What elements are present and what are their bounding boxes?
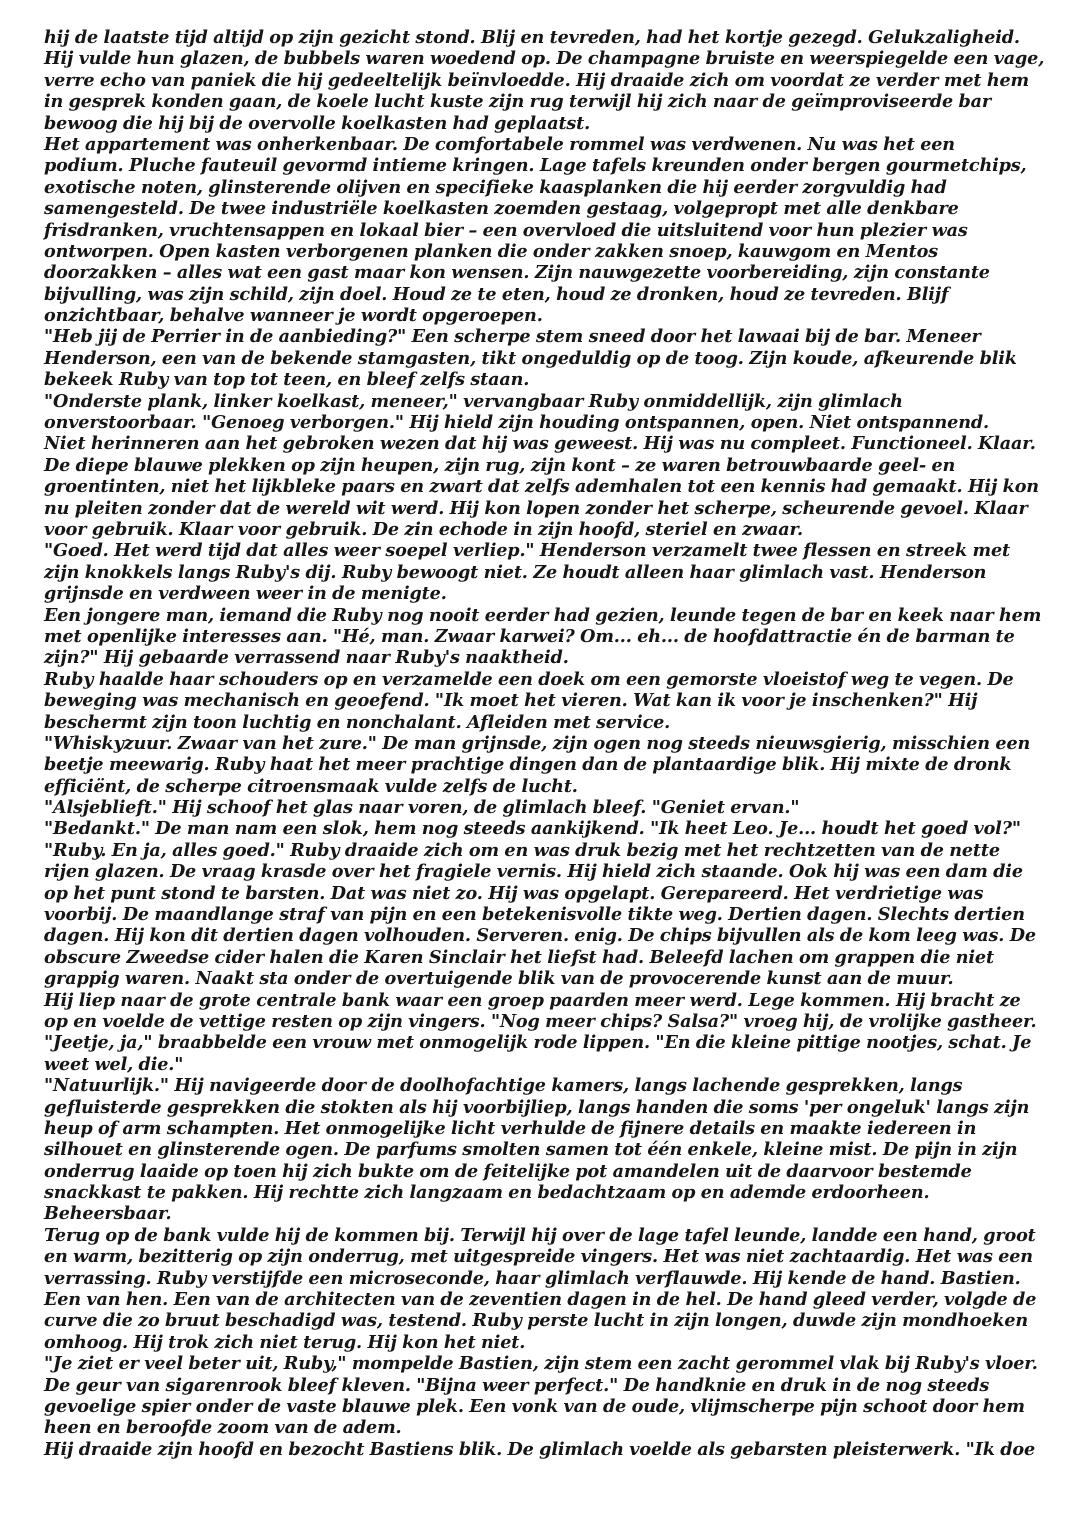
text-line: heen en beroofde zoom van de adem.	[44, 1417, 1044, 1438]
text-line: Ruby haalde haar schouders op en verzame…	[44, 669, 1044, 690]
text-line: exotische noten, glinsterende olijven en…	[44, 177, 1044, 198]
text-line: obscure Zweedse cider halen die Karen Si…	[44, 947, 1044, 968]
text-line: groentinten, niet het lijkbleke paars en…	[44, 476, 1044, 497]
text-line: heup of arm schampten. Het onmogelijke l…	[44, 1118, 1044, 1139]
text-line: beetje meewarig. Ruby haat het meer prac…	[44, 754, 1044, 775]
text-line: bijvulling, was zijn schild, zijn doel. …	[44, 284, 1044, 305]
text-line: snackkast te pakken. Hij rechtte zich la…	[44, 1182, 1044, 1203]
text-line: "Whiskyzuur. Zwaar van het zure." De man…	[44, 733, 1044, 754]
text-line: doorzakken – alles wat een gast maar kon…	[44, 262, 1044, 283]
text-line: op het punt stond te barsten. Dat was ni…	[44, 883, 1044, 904]
text-line: in gesprek konden gaan, de koele lucht k…	[44, 91, 1044, 112]
text-line: Hij vulde hun glazen, de bubbels waren w…	[44, 48, 1044, 69]
text-line: en warm, bezitterig op zijn onderrug, me…	[44, 1246, 1044, 1267]
text-line: nu pleiten zonder dat de wereld wit werd…	[44, 498, 1044, 519]
text-line: De geur van sigarenrook bleef kleven. "B…	[44, 1375, 1044, 1396]
text-line: Een jongere man, iemand die Ruby nog noo…	[44, 605, 1044, 626]
text-line: zijn?" Hij gebaarde verrassend naar Ruby…	[44, 647, 1044, 668]
document-body: hij de laatste tijd altijd op zijn gezic…	[44, 27, 1044, 1460]
text-line: "Heb jij de Perrier in de aanbieding?" E…	[44, 326, 1044, 347]
text-line: gevoelige spier onder de vaste blauwe pl…	[44, 1396, 1044, 1417]
text-line: zijn knokkels langs Ruby's dij. Ruby bew…	[44, 562, 1044, 583]
text-line: beschermt zijn toon luchtig en nonchalan…	[44, 712, 1044, 733]
text-line: curve die zo bruut beschadigd was, teste…	[44, 1310, 1044, 1331]
text-line: voor gebruik. Klaar voor gebruik. De zin…	[44, 519, 1044, 540]
text-line: "Natuurlijk." Hij navigeerde door de doo…	[44, 1075, 1044, 1096]
text-line: "Alsjeblieft." Hij schoof het glas naar …	[44, 797, 1044, 818]
text-line: onderrug laaide op toen hij zich bukte o…	[44, 1161, 1044, 1182]
text-line: "Bedankt." De man nam een slok, hem nog …	[44, 818, 1044, 839]
text-line: frisdranken, vruchtensappen en lokaal bi…	[44, 220, 1044, 241]
text-line: grijnsde en verdween weer in de menigte.	[44, 583, 1044, 604]
text-line: podium. Pluche fauteuil gevormd intieme …	[44, 155, 1044, 176]
text-line: verre echo van paniek die hij gedeelteli…	[44, 70, 1044, 91]
text-line: "Onderste plank, linker koelkast, meneer…	[44, 391, 1044, 412]
text-line: Beheersbaar.	[44, 1203, 1044, 1224]
text-line: gefluisterde gesprekken die stokten als …	[44, 1097, 1044, 1118]
text-line: bekeek Ruby van top tot teen, en bleef z…	[44, 369, 1044, 390]
text-line: "Goed. Het werd tijd dat alles weer soep…	[44, 540, 1044, 561]
text-line: "Ruby. En ja, alles goed." Ruby draaide …	[44, 840, 1044, 861]
text-line: ontworpen. Open kasten verborgenen plank…	[44, 241, 1044, 262]
text-line: weet wel, die."	[44, 1054, 1044, 1075]
text-line: "Je ziet er veel beter uit, Ruby," mompe…	[44, 1353, 1044, 1374]
text-line: bewoog die hij bij de overvolle koelkast…	[44, 113, 1044, 134]
text-line: Henderson, een van de bekende stamgasten…	[44, 348, 1044, 369]
text-line: beweging was mechanisch en geoefend. "Ik…	[44, 690, 1044, 711]
text-line: hij de laatste tijd altijd op zijn gezic…	[44, 27, 1044, 48]
text-line: De diepe blauwe plekken op zijn heupen, …	[44, 455, 1044, 476]
text-line: dagen. Hij kon dit dertien dagen volhoud…	[44, 925, 1044, 946]
text-line: voorbij. De maandlange straf van pijn en…	[44, 904, 1044, 925]
text-line: onverstoorbaar. "Genoeg verborgen." Hij …	[44, 412, 1044, 433]
text-line: Niet herinneren aan het gebroken wezen d…	[44, 433, 1044, 454]
text-line: Het appartement was onherkenbaar. De com…	[44, 134, 1044, 155]
text-line: "Jeetje, ja," braabbelde een vrouw met o…	[44, 1032, 1044, 1053]
text-line: verrassing. Ruby verstijfde een microsec…	[44, 1268, 1044, 1289]
text-line: silhouet en glinsterende ogen. De parfum…	[44, 1139, 1044, 1160]
text-line: Terug op de bank vulde hij de kommen bij…	[44, 1225, 1044, 1246]
text-line: op en voelde de vettige resten op zijn v…	[44, 1011, 1044, 1032]
text-line: omhoog. Hij trok zich niet terug. Hij ko…	[44, 1332, 1044, 1353]
text-line: met openlijke interesses aan. "Hé, man. …	[44, 626, 1044, 647]
text-line: Hij draaide zijn hoofd en bezocht Bastie…	[44, 1439, 1044, 1460]
text-line: Een van hen. Een van de architecten van …	[44, 1289, 1044, 1310]
text-line: rijen glazen. De vraag krasde over het f…	[44, 861, 1044, 882]
text-line: efficiënt, de scherpe citroensmaak vulde…	[44, 776, 1044, 797]
text-line: Hij liep naar de grote centrale bank waa…	[44, 990, 1044, 1011]
text-line: onzichtbaar, behalve wanneer je wordt op…	[44, 305, 1044, 326]
text-line: grappig waren. Naakt sta onder de overtu…	[44, 968, 1044, 989]
text-line: samengesteld. De twee industriële koelka…	[44, 198, 1044, 219]
